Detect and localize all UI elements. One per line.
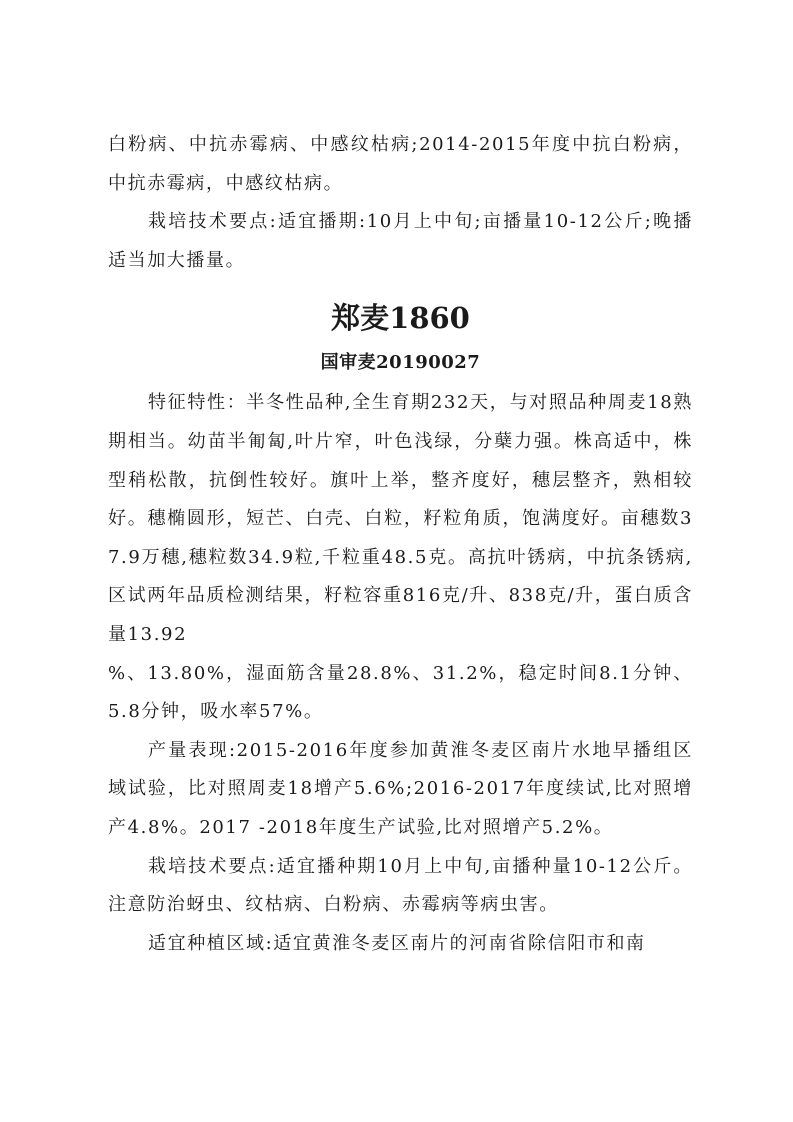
- paragraph-cultivation-points-prev: 栽培技术要点:适宜播期:10月上中旬;亩播量10-12公斤;晚播适当加大播量。: [108, 203, 693, 280]
- paragraph-characteristics: 特征特性：半冬性品种,全生育期232天，与对照品种周麦18熟期相当。幼苗半匍匐,…: [108, 384, 693, 654]
- paragraph-cultivation-points: 栽培技术要点:适宜播种期10月上中旬,亩播种量10-12公斤。注意防治蚜虫、纹枯…: [108, 848, 693, 925]
- paragraph-suitable-region: 适宜种植区域:适宜黄淮冬麦区南片的河南省除信阳市和南: [108, 925, 693, 964]
- paragraph-yield-performance: 产量表现:2015-2016年度参加黄淮冬麦区南片水地早播组区域试验，比对照周麦…: [108, 732, 693, 848]
- paragraph-disease-resistance-continued: 白粉病、中抗赤霉病、中感纹枯病;2014-2015年度中抗白粉病，中抗赤霉病，中…: [108, 126, 693, 203]
- variety-title: 郑麦1860: [108, 298, 693, 338]
- paragraph-quality-continued: %、13.80%，湿面筋含量28.8%、31.2%，稳定时间8.1分钟、5.8分…: [108, 655, 693, 732]
- document-page: 白粉病、中抗赤霉病、中感纹枯病;2014-2015年度中抗白粉病，中抗赤霉病，中…: [108, 126, 693, 963]
- approval-number: 国审麦20190027: [108, 348, 693, 378]
